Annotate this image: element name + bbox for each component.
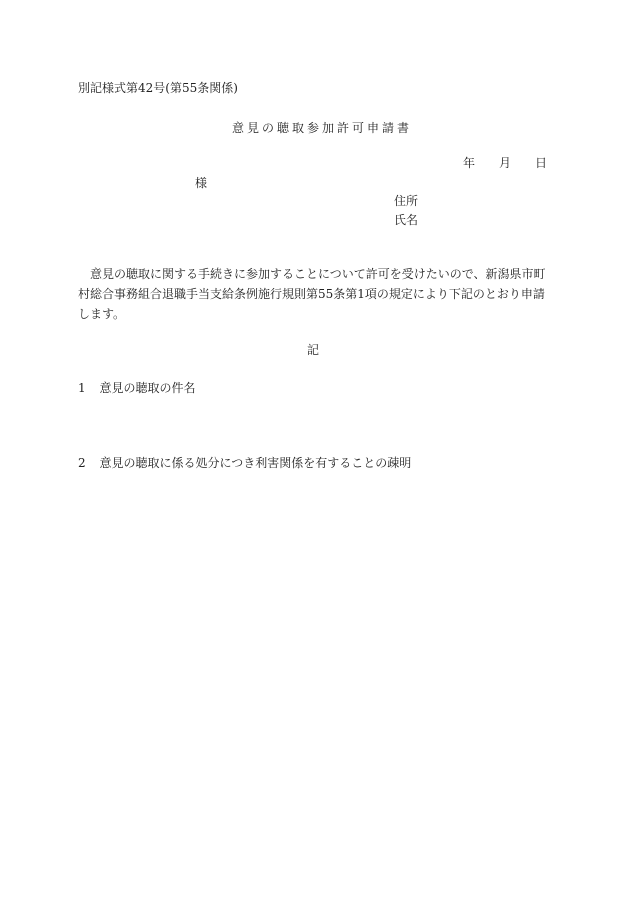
item-label: 意見の聴取に係る処分につき利害関係を有することの疎明 (99, 456, 411, 470)
item-2: 2 意見の聴取に係る処分につき利害関係を有することの疎明 (78, 455, 411, 471)
item-number: 1 (78, 381, 86, 395)
ki-heading: 記 (307, 342, 319, 358)
addressee-suffix: 様 (195, 175, 207, 191)
date-month-label: 月 (499, 155, 511, 171)
date-day-label: 日 (535, 155, 547, 171)
name-label: 氏名 (394, 212, 418, 228)
document-title: 意見の聴取参加許可申請書 (232, 120, 412, 136)
date-year-label: 年 (463, 155, 475, 171)
application-body: 意見の聴取に関する手続きに参加することについて許可を受けたいので、新潟県市町村総… (78, 264, 553, 324)
address-label: 住所 (394, 193, 418, 209)
item-label: 意見の聴取の件名 (99, 381, 195, 395)
form-label: 別記様式第42号(第55条関係) (78, 80, 238, 96)
item-number: 2 (78, 456, 86, 470)
item-1: 1 意見の聴取の件名 (78, 380, 195, 396)
